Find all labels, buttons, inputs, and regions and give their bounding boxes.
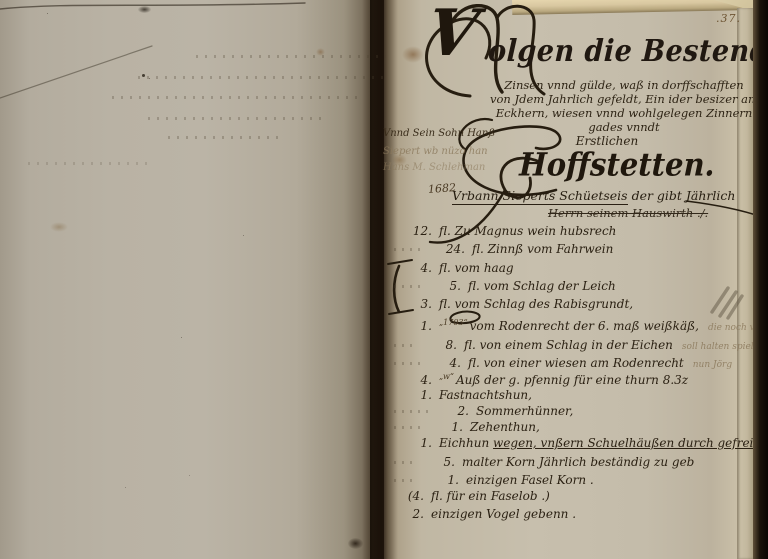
showthrough-row	[196, 55, 386, 58]
leader-dots	[394, 362, 420, 365]
margin-note-line: Hans M. Schlehman	[383, 162, 485, 173]
manuscript-photo: .37. V olgen die Bestendigen Zinsen vnnd…	[0, 0, 768, 559]
subtitle-line: von Jdem Jahrlich gefeldt, Ein ider besi…	[490, 92, 758, 106]
row-text: fl. von einem Schlag in der Eichen	[464, 338, 673, 352]
book-cover-edge	[753, 0, 768, 559]
row-text: Fastnachtshun,	[439, 388, 532, 402]
leader-dots	[394, 479, 418, 482]
leader-dots	[394, 410, 428, 413]
showthrough-row	[148, 117, 328, 120]
row-amount: 2.	[431, 404, 469, 418]
section-title: Hoffstetten.	[519, 146, 716, 183]
showthrough-row	[112, 96, 362, 99]
ledger-row: 5.malter Korn Jährlich beständig zu geb	[394, 455, 694, 469]
ledger-row: 8.fl. von einem Schlag in der Eichensoll…	[394, 338, 768, 352]
row-margin-note: nun Jörg	[693, 360, 732, 370]
row-text: Auß der g. pfennig für eine thurn 8.3z	[456, 373, 688, 387]
row-text: vom Rodenrecht der 6. maß weißkäß,	[470, 319, 699, 333]
row-text: fl. Zu Magnus wein hubsrech	[439, 224, 616, 238]
showthrough-row	[138, 76, 388, 79]
ledger-row: (4.fl. für ein Faselob .)	[386, 489, 550, 503]
ink-stain	[402, 46, 424, 63]
page-heading: olgen die Bestendigen	[487, 34, 768, 69]
ledger-row: 1.Eichhun wegen, vnßern Schuelhäußen dur…	[394, 436, 758, 450]
subtitle-line: Eckhern, wiesen vnnd wohlgelegen Zinnern	[490, 106, 758, 120]
row-amount: 1.	[394, 388, 432, 402]
ledger-row: 3.fl. vom Schlag des Rabisgrundt,	[394, 297, 633, 311]
folio-number: .37.	[716, 12, 741, 25]
row-amount: 3.	[394, 297, 432, 311]
row-amount: 5.	[423, 279, 461, 293]
row-text: fl. vom Schlag des Rabisgrundt,	[439, 297, 633, 311]
row-amount: 1.	[394, 436, 432, 450]
row-text-pre: Eichhun	[439, 436, 493, 450]
margin-note-line: Siepert wb nüzo han	[383, 146, 488, 157]
row-amount: 4.	[394, 261, 432, 275]
row-amount: 1.	[421, 473, 459, 487]
row-amount: 8.	[419, 338, 457, 352]
row-amount: 1.	[394, 319, 432, 333]
leader-dots	[394, 344, 416, 347]
row-amount: (4.	[386, 489, 424, 503]
ledger-row: 5.fl. vom Schlag der Leich	[394, 279, 616, 293]
entry-heading-rest: der gibt Jährlich	[628, 188, 736, 203]
row-amount: 2.	[386, 507, 424, 521]
ledger-row: 1.Zehenthun,	[394, 420, 540, 434]
leader-dots	[394, 461, 414, 464]
margin-note-line: Vnnd Sein Sohn Hanß	[383, 128, 495, 139]
row-text: einzigen Fasel Korn .	[466, 473, 594, 487]
ledger-row: 24.fl. Zinnß vom Fahrwein	[394, 242, 613, 256]
subtitle-line: Zinsen vnnd gülde, waß in dorffschafften	[490, 78, 758, 92]
leader-dots	[394, 285, 420, 288]
paper-stain	[50, 222, 68, 232]
leader-dots	[394, 248, 424, 251]
entry-heading: Vrbann Sieperts Schüetseis der gibt Jähr…	[452, 188, 735, 203]
ledger-row: 1.„1703“vom Rodenrecht der 6. maß weißkä…	[394, 318, 768, 333]
ledger-row: 1.Fastnachtshun,	[394, 388, 532, 402]
row-amount: 5.	[417, 455, 455, 469]
book-gutter-shadow	[362, 0, 398, 559]
row-amount: 1.	[425, 420, 463, 434]
row-amount: 12.	[394, 224, 432, 238]
ledger-row: 4.fl. vom haag	[394, 261, 514, 275]
row-text: fl. vom Schlag der Leich	[468, 279, 616, 293]
ledger-row: 12.fl. Zu Magnus wein hubsrech	[394, 224, 616, 238]
row-text: Sommerhünner,	[476, 404, 573, 418]
row-text: fl. für ein Faselob .)	[431, 489, 550, 503]
row-superscript: „1703“	[439, 318, 468, 327]
row-amount: 4.	[423, 356, 461, 370]
entry-struck-line: Herrn seinem Hauswirth ./.	[548, 206, 708, 220]
ledger-row: 4.fl. von einer wiesen am Rodenrechtnun …	[394, 356, 732, 370]
row-text: malter Korn Jährlich beständig zu geb	[462, 455, 694, 469]
leader-dots	[394, 426, 422, 429]
row-text: fl. vom haag	[439, 261, 514, 275]
row-text: Zehenthun,	[470, 420, 540, 434]
ledger-row: 2.einzigen Vogel gebenn .	[386, 507, 576, 521]
showthrough-row	[168, 136, 278, 139]
row-amount: 4.	[394, 373, 432, 387]
entry-name-underlined: Vrbann Sieperts Schüetseis	[452, 188, 628, 205]
row-amount: 24.	[427, 242, 465, 256]
ledger-row: 1.einzigen Fasel Korn .	[394, 473, 594, 487]
ink-blot	[348, 538, 363, 549]
row-text: fl. Zinnß vom Fahrwein	[472, 242, 613, 256]
left-page	[0, 0, 370, 559]
row-text: einzigen Vogel gebenn .	[431, 507, 576, 521]
row-superscript: „w“	[439, 372, 454, 381]
ledger-row: 2.Sommerhünner,	[394, 404, 573, 418]
subtitle-line: gades vnndt	[490, 120, 758, 134]
ink-speck	[138, 6, 151, 13]
showthrough-row	[28, 162, 148, 165]
ledger-row: 4.„w“Auß der g. pfennig für eine thurn 8…	[394, 372, 688, 387]
heading-initial-letter: V	[424, 2, 483, 66]
row-text: fl. von einer wiesen am Rodenrecht	[468, 356, 684, 370]
row-text-underlined: wegen, vnßern Schuelhäußen durch gefreit	[493, 436, 758, 450]
